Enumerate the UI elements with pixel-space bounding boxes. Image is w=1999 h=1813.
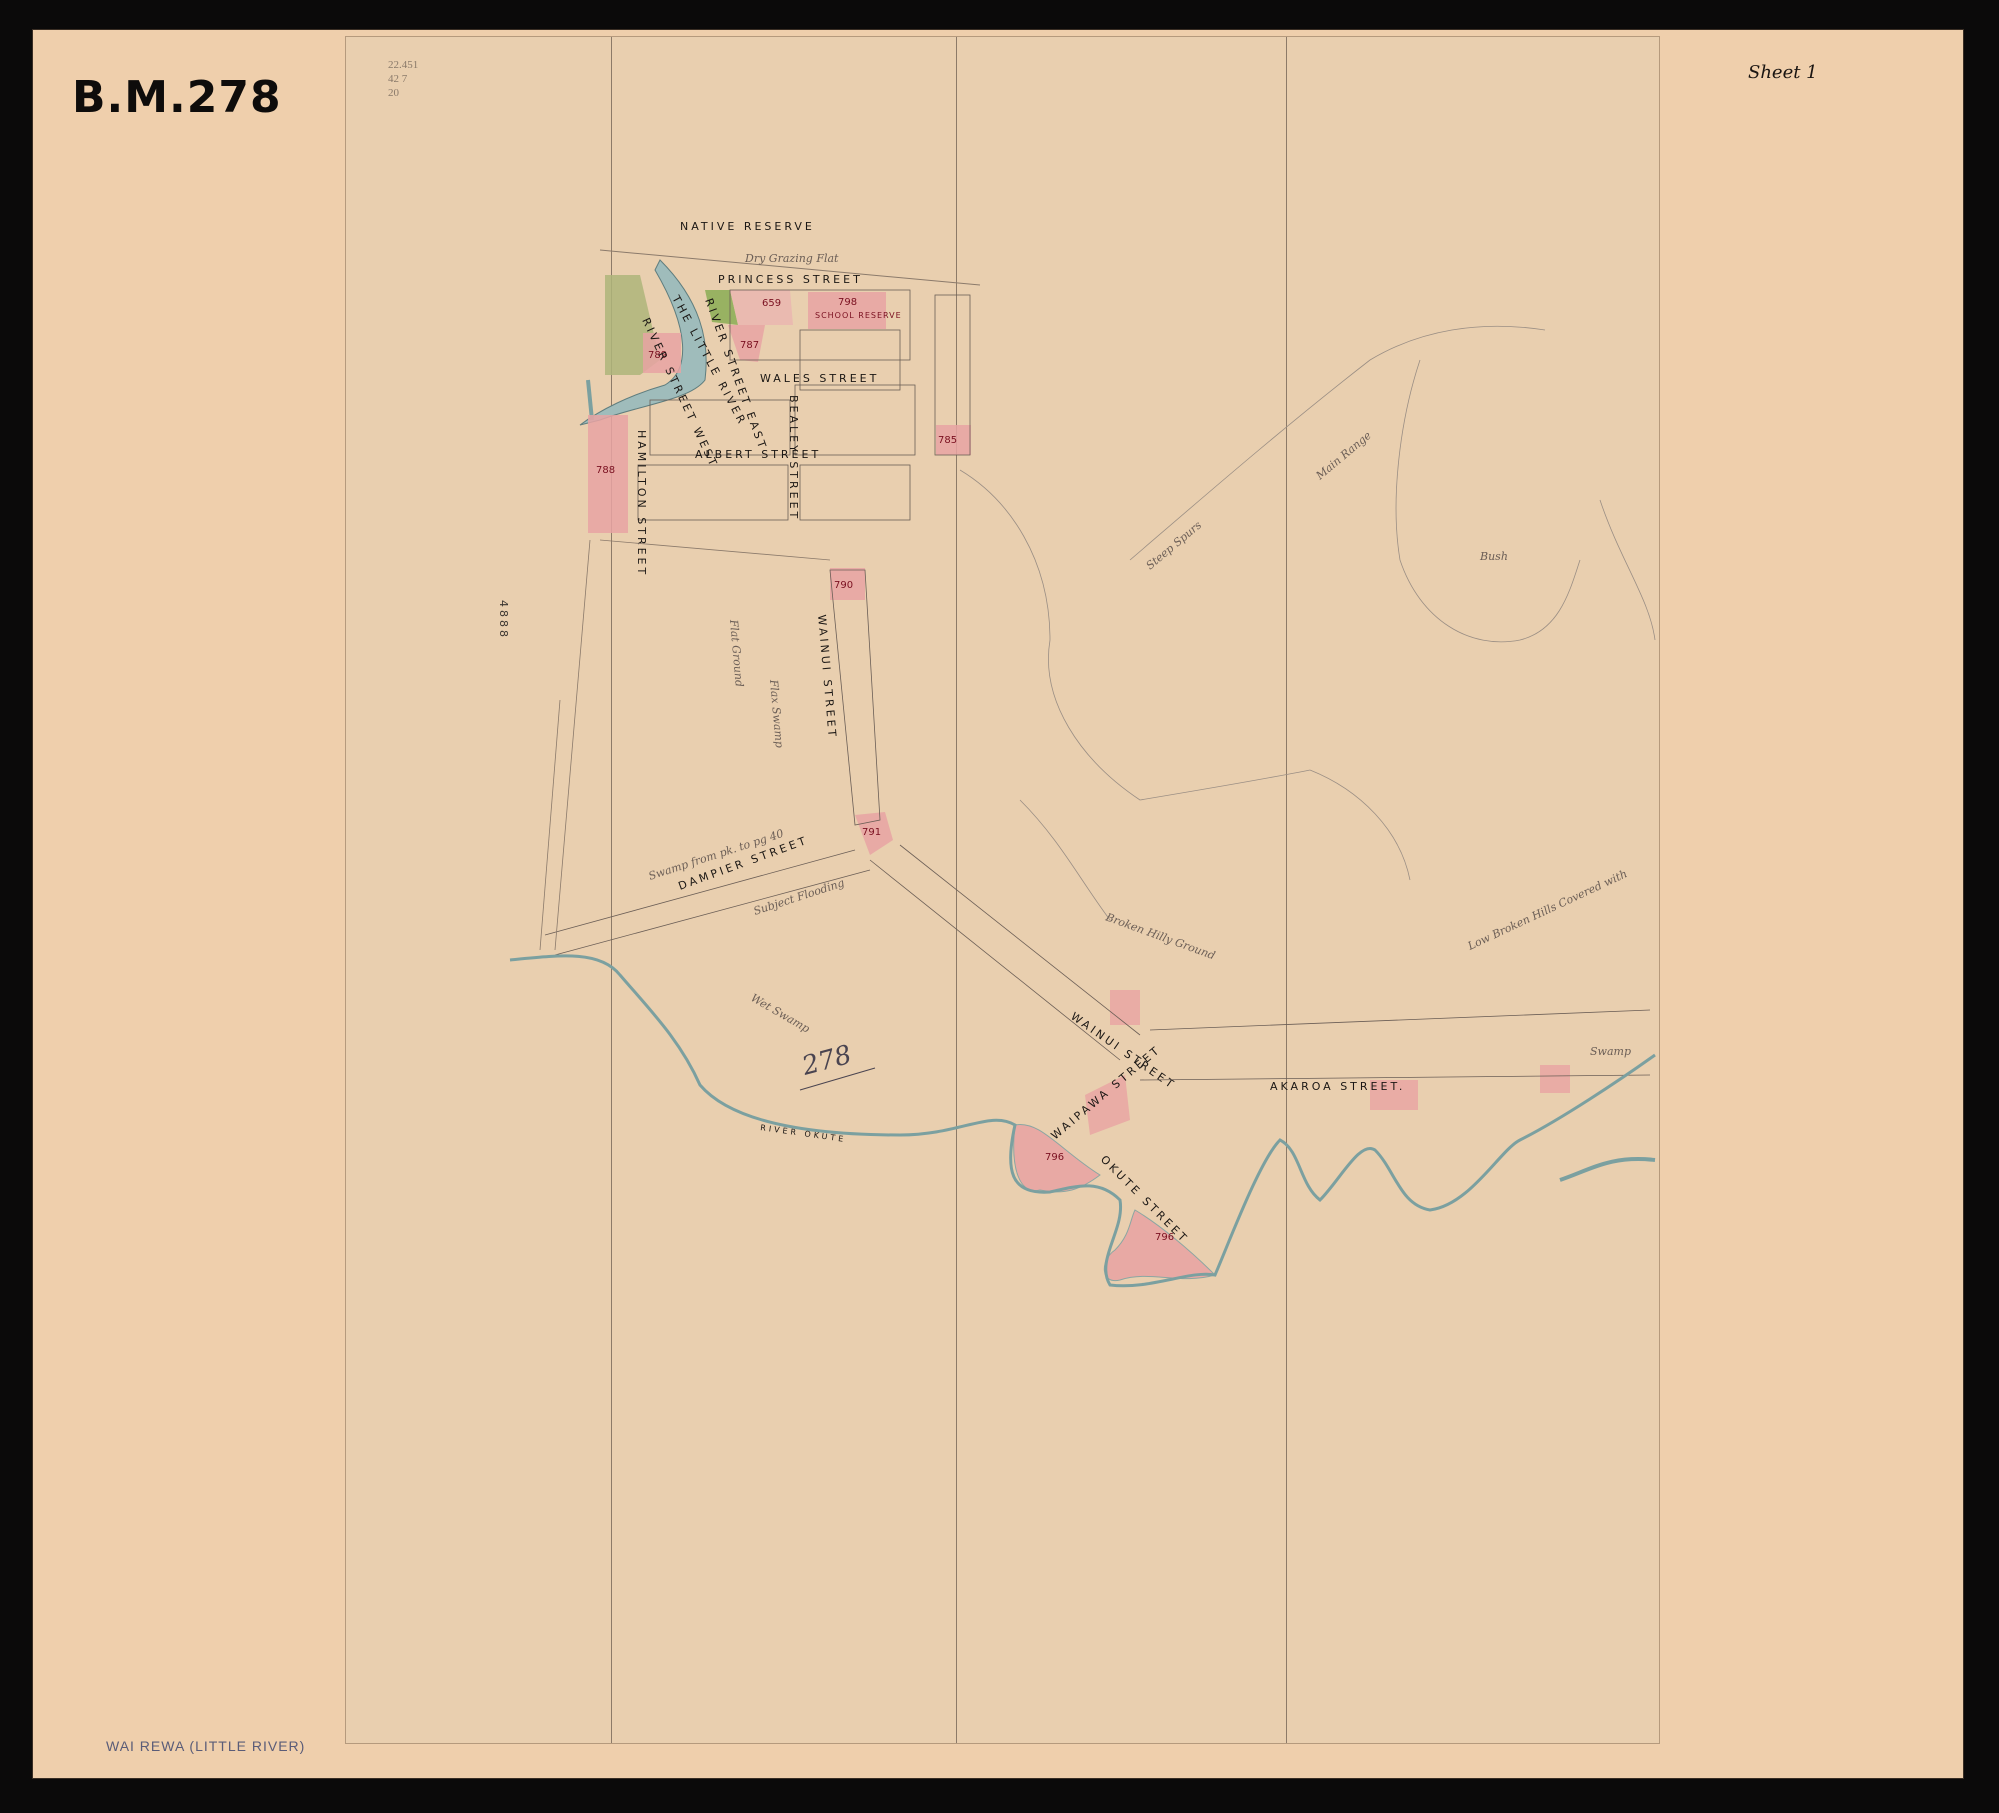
annotation-steep-spurs: Steep Spurs (1144, 518, 1205, 572)
svg-text:788: 788 (596, 465, 615, 476)
annotation-dry-grazing: Dry Grazing Flat (744, 252, 839, 265)
svg-text:796: 796 (1045, 1152, 1064, 1163)
svg-text:785: 785 (938, 435, 957, 446)
annotation-broken-hilly: Broken Hilly Ground (1103, 910, 1217, 962)
annotation-subject-flooding: Subject Flooding (752, 876, 846, 918)
svg-text:659: 659 (762, 298, 781, 309)
wainui-street-label: WAINUI STREET (815, 614, 839, 740)
hill-hachures (960, 326, 1655, 920)
svg-text:SCHOOL RESERVE: SCHOOL RESERVE (815, 311, 902, 320)
princess-street-label: PRINCESS STREET (718, 273, 863, 286)
margin-number: 4888 (497, 600, 510, 640)
annotation-main-range: Main Range (1313, 429, 1374, 483)
annotation-wet-swamp: Wet Swamp (749, 991, 813, 1035)
annotation-bush: Bush (1479, 550, 1508, 563)
akaroa-street-label: AKAROA STREET. (1270, 1080, 1405, 1093)
hamilton-street-label: HAMILTON STREET (635, 430, 648, 577)
annotation-low-broken-hills: Low Broken Hills Covered with (1465, 867, 1629, 953)
plan-number-handwritten: 278 (798, 1040, 855, 1082)
svg-text:790: 790 (834, 580, 853, 591)
annotation-flat-ground: Flat Ground (727, 618, 746, 687)
svg-text:798: 798 (838, 297, 857, 308)
annotation-flax-swamp: Flax Swamp (767, 678, 786, 748)
river-okute (510, 956, 1655, 1286)
svg-text:791: 791 (862, 827, 881, 838)
survey-map: NATIVE RESERVE Dry Grazing Flat THE LITT… (0, 0, 1999, 1813)
river-channel-east (1560, 1159, 1655, 1180)
lot-794 (1540, 1065, 1570, 1093)
lot-792 (1110, 990, 1140, 1025)
bealey-street-label: BEALEY STREET (787, 395, 800, 521)
wales-street-label: WALES STREET (760, 372, 879, 385)
river-okute-label: RIVER OKUTE (760, 1123, 847, 1144)
svg-text:787: 787 (740, 340, 759, 351)
annotation-swamp: Swamp (1590, 1045, 1631, 1058)
little-river-branch (588, 380, 592, 420)
native-reserve-label: NATIVE RESERVE (680, 220, 815, 233)
